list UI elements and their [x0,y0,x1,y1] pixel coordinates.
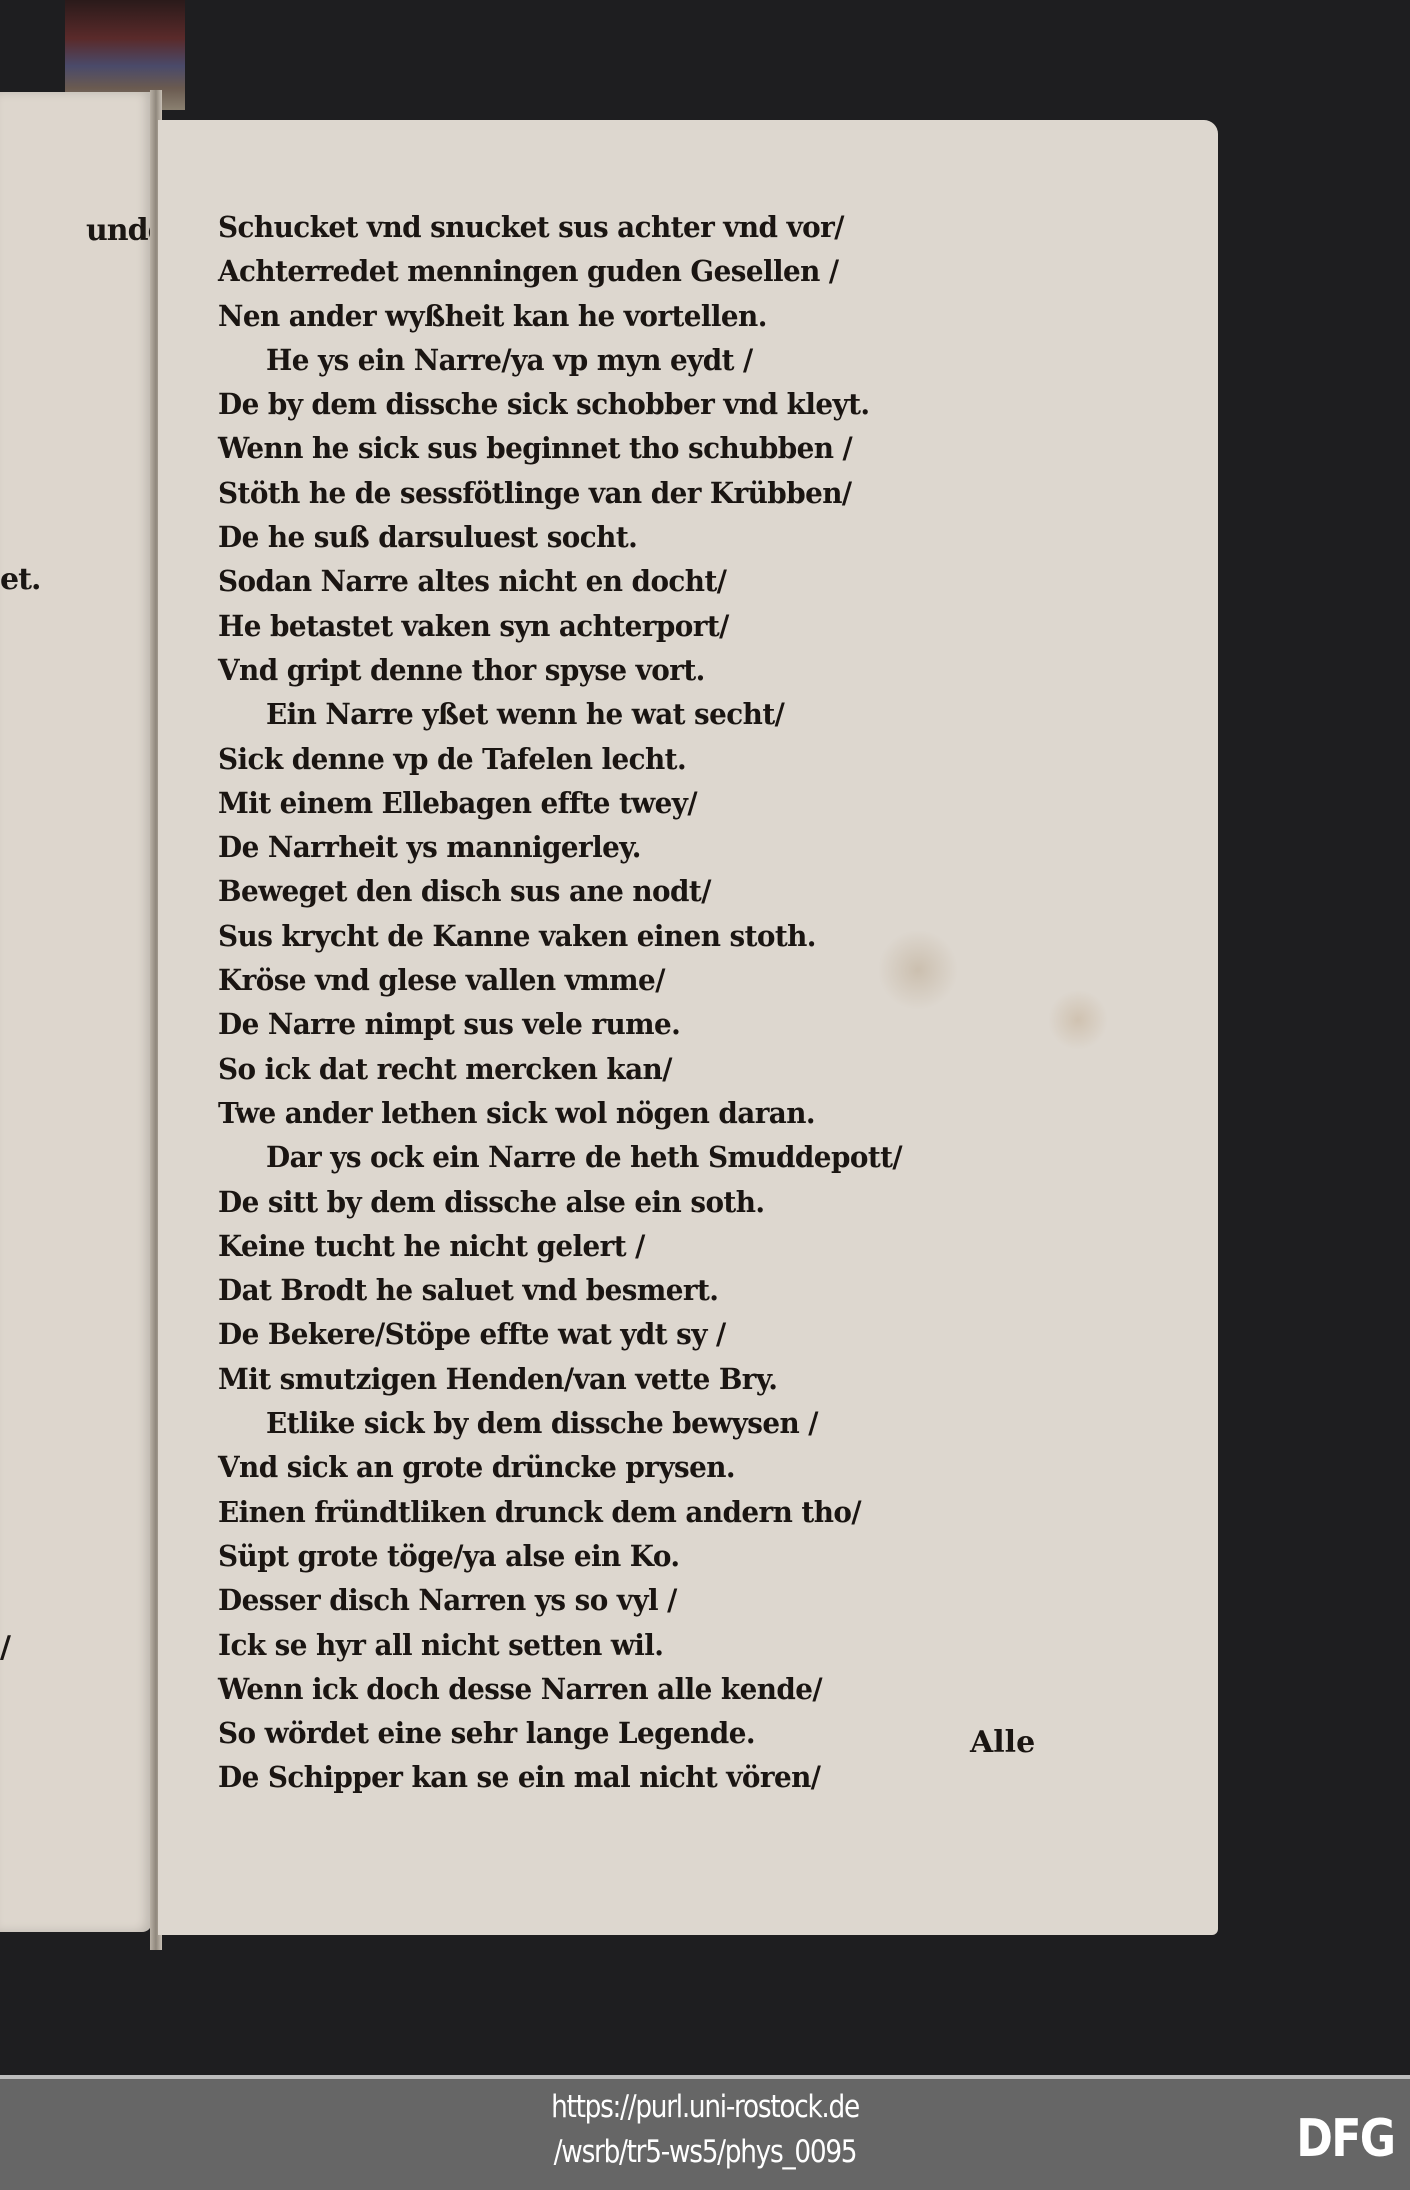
verse-line: He betastet vaken syn achterport/ [218,604,1082,648]
dfg-logo: DFG [1296,2109,1394,2169]
verse-line: Wenn he sick sus beginnet tho schubben / [218,426,1082,470]
verse-line: Vnd gript denne thor spyse vort. [218,648,1082,692]
permalink-line-1[interactable]: https://purl.uni-rostock.de [106,2089,1305,2125]
verse-line: De sitt by dem dissche alse ein soth. [218,1180,1082,1224]
verse-line: Desser disch Narren ys so vyl / [218,1578,1082,1622]
verse-line: Ein Narre yßet wenn he wat secht/ [218,692,1082,736]
catchword: Alle [970,1725,1035,1760]
verse-line: De he suß darsuluest socht. [218,515,1082,559]
verse-line: Dat Brodt he saluet vnd besmert. [218,1268,1082,1312]
verse-line: Etlike sick by dem dissche bewysen / [218,1401,1082,1445]
footer-bar: https://purl.uni-rostock.de /wsrb/tr5-ws… [0,2075,1410,2190]
verse-line: So ick dat recht mercken kan/ [218,1047,1082,1091]
left-page-fragment: / [0,1630,10,1665]
verse-line: Sodan Narre altes nicht en docht/ [218,559,1082,603]
verse-line: De Narrheit ys mannigerley. [218,825,1082,869]
verse-line: Dar ys ock ein Narre de heth Smuddepott/ [218,1135,1082,1179]
verse-line: Twe ander lethen sick wol nögen daran. [218,1091,1082,1135]
scan-image: unde et. / Schucket vnd snucket sus acht… [0,0,1410,2075]
left-page-fragment: et. [0,562,40,597]
verse-line: Mit smutzigen Henden/van vette Bry. [218,1357,1082,1401]
verse-line: Wenn ick doch desse Narren alle kende/ [218,1667,1082,1711]
verse-line: De Schipper kan se ein mal nicht vören/ [218,1755,1082,1799]
verse-line: De Narre nimpt sus vele rume. [218,1002,1082,1046]
verse-line: Ick se hyr all nicht setten wil. [218,1623,1082,1667]
verse-line: Sick denne vp de Tafelen lecht. [218,737,1082,781]
verse-line: De Bekere/Stöpe effte wat ydt sy / [218,1312,1082,1356]
verse-line: Mit einem Ellebagen effte twey/ [218,781,1082,825]
verse-line: Vnd sick an grote drüncke prysen. [218,1445,1082,1489]
left-page: unde et. / [0,92,152,1932]
permalink-line-2[interactable]: /wsrb/tr5-ws5/phys_0095 [106,2134,1305,2170]
verse-line: Keine tucht he nicht gelert / [218,1224,1082,1268]
verse-line: Achterredet menningen guden Gesellen / [218,249,1082,293]
verse-line: Stöth he de sessfötlinge van der Krübben… [218,471,1082,515]
verse-line: De by dem dissche sick schobber vnd kley… [218,382,1082,426]
verse-line: Nen ander wyßheit kan he vortellen. [218,294,1082,338]
verse-line: Kröse vnd glese vallen vmme/ [218,958,1082,1002]
verse-line: He ys ein Narre/ya vp myn eydt / [218,338,1082,382]
verse-line: Schucket vnd snucket sus achter vnd vor/ [218,205,1082,249]
verse-line: Einen fründtliken drunck dem andern tho/ [218,1490,1082,1534]
verse-line: So wördet eine sehr lange Legende. [218,1711,1082,1755]
verse-line: Süpt grote töge/ya alse ein Ko. [218,1534,1082,1578]
verse-text: Schucket vnd snucket sus achter vnd vor/… [218,205,1118,1800]
verse-line: Beweget den disch sus ane nodt/ [218,869,1082,913]
verse-line: Sus krycht de Kanne vaken einen stoth. [218,914,1082,958]
